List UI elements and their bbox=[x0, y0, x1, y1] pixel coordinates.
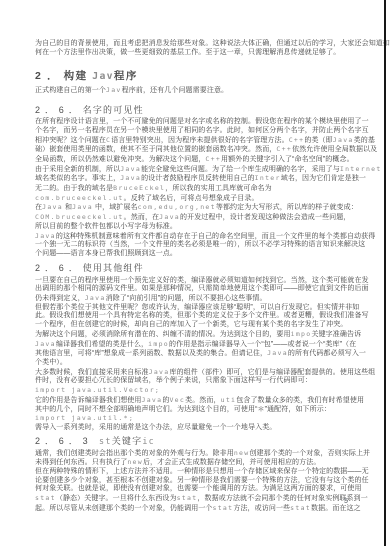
text-line: 其中的几个，同时不想全部明确地声明它们。为达到这个目的，可使用“＊”通配符，如下… bbox=[35, 406, 367, 415]
text-line: 域名类似的名字。事实上，Java的设计者鼓励程序员反转使用自己的Inter域名，… bbox=[35, 174, 367, 184]
code-run: C++ bbox=[205, 155, 221, 163]
text-line: 其他语言里，可将“库”想象成一系列函数、数据以及类的集合。但请记住，Java的所… bbox=[35, 349, 367, 359]
text-run: 编译器我们希望的类是什么， bbox=[56, 341, 148, 348]
text-run: 大多数时候，我们直接采用来自标准 bbox=[35, 369, 149, 376]
scan-edge-line bbox=[384, 0, 386, 546]
code-run: Java bbox=[142, 396, 163, 404]
text-run: 所以目前的整个软件包都以小写字母为标准。 bbox=[35, 223, 177, 230]
text-line: 2 ． 构建 Jav程序 bbox=[35, 70, 367, 83]
text-run: 何对象关联。也就是说，即使没有创建对象，也需要一个能调用的方法。为满足这两方面的… bbox=[35, 485, 362, 492]
text-line: 2 ． 6 ． 3 st关键字ic bbox=[35, 436, 367, 447]
text-run: 域名类似的名字。事实上， bbox=[35, 175, 120, 182]
text-run: 论要创建多少个对象，甚至根本不创建对象。另一种情形是我们需要一个特殊的方法，它没… bbox=[35, 477, 369, 484]
text-line: 一个程序，但在创建它的时候，却向自己的库加入了一个新类，它与现有某个类的名字发生… bbox=[35, 321, 367, 330]
text-line: 在所有程序设计语言里，一个不可避免的问题是对名字或名称的控制。假设您在程序的某个… bbox=[35, 118, 367, 127]
code-run: impo bbox=[291, 330, 312, 338]
text-run: 2 ． 构建 bbox=[35, 70, 92, 82]
text-line: 此。假设我们想使用一个具有特定名称的类，但那个类的定义位于多个文件里。或者更糟，… bbox=[35, 312, 367, 321]
code-run: import java.util.Vector; bbox=[35, 386, 160, 394]
document-page: 为自己的目的背景使用，而且考虑把消息发给那些对象。这种说法大体正确，但通过以后的… bbox=[0, 0, 390, 546]
text-run: 无二的。由于我的域名是 bbox=[35, 185, 113, 192]
text-line: 它的作用是告诉编译器我们想使用Java的Vec类。然而，uti包含了数量众多的类… bbox=[35, 396, 367, 406]
text-run: 仍未得到定义， bbox=[35, 295, 85, 302]
text-line: 仍未得到定义，Java消除了“向前引用”的问题，所以不要担心这些事情。 bbox=[35, 294, 367, 304]
text-run: ，所以我的实用工具库就可命名为 bbox=[165, 185, 272, 192]
code-run: Java bbox=[159, 213, 180, 221]
text-run: 2 ． 6 ． 名字的可见性 bbox=[35, 105, 144, 115]
text-run: 关键字准确告诉 bbox=[311, 331, 361, 338]
text-line: 为解决这个问题，必须消除所有潜在的、纠缠不清的情况。为达到这个目的，要用impo… bbox=[35, 330, 367, 340]
code-run: Jav bbox=[92, 71, 114, 82]
text-run: 础）嵌套使用类里的函数，使其不至于同其他位置的嵌套函数名冲突。然而， bbox=[35, 146, 276, 153]
text-run: 正式构建自己的第一个 bbox=[35, 87, 106, 94]
text-line: 大多数时候，我们直接采用来自标准Java库的组件（部件）即可，它们是与编译器配套… bbox=[35, 368, 367, 378]
code-run: new bbox=[234, 449, 250, 457]
text-line: 相冲突呢？这个问题在C语言里特别突出，因为程序未提供很好的名字管理方法。C++的… bbox=[35, 136, 367, 146]
text-run: 一个程序，但在创建它的时候，却向自己的库加入了一个新类，它与现有某个类的名字发生… bbox=[35, 321, 347, 328]
text-line: 为自己的目的背景使用，而且考虑把消息发给那些对象。这种说法大体正确，但通过以后的… bbox=[35, 40, 367, 49]
code-run: ic bbox=[142, 436, 155, 446]
text-run: 用额外的关键字引入了“命名空间”的概念。 bbox=[221, 156, 354, 163]
para-name-visibility: 在所有程序设计语言里，一个不可避免的问题是对名字或名称的控制。假设您在程序的某个… bbox=[35, 118, 367, 259]
text-run: 类的基 bbox=[354, 137, 375, 144]
text-run: 。反转了域名后，可将点号想象成子目录。 bbox=[124, 195, 259, 202]
code-run: com.bruceeckel.ut bbox=[35, 194, 124, 202]
text-run: 为解决这个问题，必须消除所有潜在的、纠缠不清的情况。为达到这个目的，要用 bbox=[35, 331, 291, 338]
text-line: 但在两种特殊的情形下，上述方法并不适用。一种情形是只想用一个存储区域来保存一个特… bbox=[35, 468, 367, 477]
para-static-keyword: 通常，我们创建类时会指出那个类的对象的外观与行为。除非用new创建那个类的一个对… bbox=[35, 449, 367, 514]
text-run: 一旦要在自己的程序里使用一个预先定义好的类，编译器就必须知道如何找到它。当然，这… bbox=[35, 277, 369, 284]
text-line: 件时，没有必要担心冗长的保留域名，举个例子来说，只需象下面这样写一行代码即可： bbox=[35, 377, 367, 386]
code-run: Java bbox=[42, 203, 63, 211]
code-run: stat bbox=[177, 494, 198, 502]
text-run: 其他语言里，可将“库”想象成一系列函数、数据以及类的集合。但请记住， bbox=[35, 350, 267, 357]
text-run: 。然而，在 bbox=[124, 214, 160, 221]
text-line: 个问题——语言本身已帮我们照顾到这一点。 bbox=[35, 250, 367, 259]
code-run: Java bbox=[35, 340, 56, 348]
text-run: 程序前，还有几个问题需要注意。 bbox=[122, 87, 229, 94]
text-line: 正式构建自己的第一个Jav程序前，还有几个问题需要注意。 bbox=[35, 86, 367, 96]
code-run: stat bbox=[213, 504, 234, 512]
text-line: 无二的。由于我的域名是BruceEckel，所以我的实用工具库就可命名为 bbox=[35, 184, 367, 194]
text-run: 但假若那个类位于其他文件里呢？您或许认为，编译器应该足够“聪明”，可以自行发现它… bbox=[35, 304, 359, 311]
code-run: import java.util.*; bbox=[35, 414, 134, 422]
text-run: 在所有程序设计语言里，一个不可避免的问题是对名字或名称的控制。假设您在程序的某个… bbox=[35, 118, 369, 125]
text-run: 个问题——语言本身已帮我们照顾到这一点。 bbox=[35, 250, 177, 257]
text-run: 语言里特别突出，因为程序未提供很好的名字管理方法。 bbox=[111, 137, 289, 144]
text-line: 础）嵌套使用类里的函数，使其不至于同其他位置的嵌套函数名冲突。然而，C++依然允… bbox=[35, 145, 367, 155]
code-run: Java bbox=[333, 136, 354, 144]
text-run: 包含了数量众多的类，我们有时希望使用 bbox=[236, 397, 364, 404]
heading-using-other-components: 2 ． 6 ． 使用其他组件 bbox=[35, 263, 367, 274]
text-run: 件时，没有必要担心冗长的保留域名，举个例子来说，只需象下面这样写一行代码即可： bbox=[35, 377, 312, 384]
code-run: Inter bbox=[255, 174, 281, 182]
para-message-passing-summary: 为自己的目的背景使用，而且考虑把消息发给那些对象。这种说法大体正确，但通过以后的… bbox=[35, 40, 367, 57]
text-run: 出调用的那个相同的源码文件里。如果是那种情况，只需简单地使用这个类即可——即使它… bbox=[35, 285, 369, 292]
text-run: 等都约定为大写形式，所以库的样子就变成： bbox=[216, 204, 358, 211]
text-run: 但在两种特殊的情形下，上述方法并不适用。一种情形是只想用一个存储区域来保存一个特… bbox=[35, 468, 369, 475]
text-line: import java.util.*; bbox=[35, 414, 367, 424]
text-run: 消除了“向前引用”的问题，所以不要担心这些事情。 bbox=[106, 295, 267, 302]
text-line: 个类中）。 bbox=[35, 359, 367, 368]
para-before-first-program: 正式构建自己的第一个Jav程序前，还有几个问题需要注意。 bbox=[35, 86, 367, 96]
text-line: 未得到任何东西。只有执行了new后，才会正式生成数据存储空间，并可使用相应的方法… bbox=[35, 458, 367, 468]
code-run: COM.bruceeckel.ut bbox=[35, 213, 124, 221]
text-run: 的所有代码都必须写入一 bbox=[288, 350, 366, 357]
text-line: 何对象关联。也就是说，即使没有创建对象，也需要一个能调用的方法。为满足这两方面的… bbox=[35, 485, 367, 494]
code-run: Java bbox=[267, 349, 288, 357]
heading-building-java-program: 2 ． 构建 Jav程序 bbox=[35, 70, 367, 83]
text-run: 和 bbox=[63, 204, 72, 211]
text-run: 未得到任何东西。只有执行了 bbox=[35, 459, 127, 466]
text-line: Java编译器我们希望的类是什么，impo的作用是指示编译器导入一个“包”——或… bbox=[35, 340, 367, 350]
text-run: 相冲突呢？这个问题在 bbox=[35, 137, 106, 144]
text-run: 由于采用全新的机制，所以 bbox=[35, 166, 120, 173]
text-line: 一个独一无二的标识符（当然，一个文件里的类名必须是唯一的），所以不必学习特殊的语… bbox=[35, 241, 367, 250]
code-run: com,edu,org,net bbox=[138, 203, 216, 211]
text-run: 的类（即 bbox=[304, 137, 332, 144]
text-run: 域名，因为它们肯定是独一 bbox=[281, 175, 366, 182]
text-run: 的这种特殊机制意味着所有文件都自动存在于自己的命名空间里，而且一个文件里的每个类… bbox=[56, 233, 376, 240]
code-run: st bbox=[99, 436, 112, 446]
text-run: 类。然而， bbox=[185, 397, 221, 404]
text-line: 在Java 和Java 中，域扩展名com,edu,org,net等都约定为大写… bbox=[35, 203, 367, 213]
text-line: 个名字，而另一名程序员在另一个模块里使用了相同的名字。此时，如何区分两个名字，并… bbox=[35, 127, 367, 136]
text-run: 库的组件（部件）即可，它们是与编译器配套提供的。使用这些组 bbox=[169, 369, 375, 376]
text-line: import java.util.Vector; bbox=[35, 386, 367, 396]
code-run: Java bbox=[120, 174, 141, 182]
code-run: Java bbox=[149, 368, 170, 376]
text-run: 2 ． 6 ． 使用其他组件 bbox=[35, 263, 144, 273]
text-line: com.bruceeckel.ut。反转了域名后，可将点号想象成子目录。 bbox=[35, 194, 367, 204]
code-run: Internet bbox=[340, 165, 382, 173]
text-line: 出调用的那个相同的源码文件里。如果是那种情况，只需简单地使用这个类即可——即使它… bbox=[35, 285, 367, 294]
text-line: 2 ． 6 ． 名字的可见性 bbox=[35, 105, 367, 116]
text-run: 个类中）。 bbox=[35, 359, 67, 366]
code-run: C++ bbox=[289, 136, 305, 144]
code-run: Java bbox=[72, 203, 93, 211]
text-line: 由于采用全新的机制，所以Java能完全避免这些问题。为了给一个库生成明确的名字，… bbox=[35, 165, 367, 175]
text-line: 通常，我们创建类时会指出那个类的对象的外观与行为。除非用new创建那个类的一个对… bbox=[35, 449, 367, 459]
text-run: 其中的几个，同时不想全部明确地声明它们。为达到这个目的，可使用“＊”通配符，如下… bbox=[35, 406, 331, 413]
text-line: 全局函数，所以仍然难以避免冲突。为解决这个问题，C++用额外的关键字引入了“命名… bbox=[35, 155, 367, 165]
text-run: 关键字 bbox=[112, 436, 143, 446]
text-run: 的设计者鼓励程序员反转使用自己的 bbox=[141, 175, 255, 182]
code-run: Vec bbox=[169, 396, 185, 404]
text-run: ，数据或方法就不会同那个类的任何对象实例联系到一 bbox=[197, 495, 367, 502]
text-run: 能完全避免这些问题。为了给一个库生成明确的名字，采用了与 bbox=[141, 166, 340, 173]
text-run: 数据。而在这之 bbox=[311, 505, 361, 512]
text-run: 为自己的目的背景使用，而且考虑把消息发给那些对象。这种说法大体正确，但通过以后的… bbox=[35, 40, 390, 47]
code-run: new bbox=[127, 458, 143, 466]
code-run: stat bbox=[35, 494, 56, 502]
text-run: 的开发过程中，设计者发现这种做法会造成一些问题， bbox=[180, 214, 350, 221]
code-run: Java bbox=[85, 294, 106, 302]
text-run: 依然允许使用全局数据以及 bbox=[292, 146, 377, 153]
text-run: 后，才会正式生成数据存储空间，并可使用相应的方法。 bbox=[143, 459, 321, 466]
code-run: stat bbox=[290, 504, 311, 512]
code-run: uti bbox=[221, 396, 237, 404]
text-run: 方法，或访问一些 bbox=[233, 505, 290, 512]
text-run: 2 ． 6 ． 3 bbox=[35, 436, 99, 446]
para-using-other-components: 一旦要在自己的程序里使用一个预先定义好的类，编译器就必须知道如何找到它。当然，这… bbox=[35, 277, 367, 433]
code-run: BruceEckel bbox=[113, 184, 165, 192]
heading-static-keyword: 2 ． 6 ． 3 st关键字ic bbox=[35, 436, 367, 447]
text-line: 起。所以尽管从未创建那个类的一个对象，仍能调用一个stat方法，或访问一些sta… bbox=[35, 504, 367, 514]
text-line: Java的这种特殊机制意味着所有文件都自动存在于自己的命名空间里，而且一个文件里… bbox=[35, 232, 367, 242]
code-run: impo bbox=[148, 340, 169, 348]
text-run: 它的作用是告诉编译器我们想使用 bbox=[35, 397, 142, 404]
text-line: stat（静态）关键字。一旦将什么东西设为stat，数据或方法就不会同那个类的任… bbox=[35, 494, 367, 504]
text-run: 中，域扩展名 bbox=[93, 204, 138, 211]
text-line: 2 ． 6 ． 使用其他组件 bbox=[35, 263, 367, 274]
text-run: 起。所以尽管从未创建那个类的一个对象，仍能调用一个 bbox=[35, 505, 213, 512]
text-run: 通常，我们创建类时会指出那个类的对象的外观与行为。除非用 bbox=[35, 450, 234, 457]
page-number: 5 bbox=[344, 498, 348, 505]
text-run: 个名字，而另一名程序员在另一个模块里使用了相同的名字。此时，如何区分两个名字，并… bbox=[35, 127, 369, 134]
text-run: 全局函数，所以仍然难以避免冲突。为解决这个问题， bbox=[35, 156, 205, 163]
text-run: 程序 bbox=[114, 70, 138, 82]
text-line: 所以目前的整个软件包都以小写字母为标准。 bbox=[35, 223, 367, 232]
text-run: 需导入一系列类时，采用的通常是这个办法，应尽量避免一个一个地导入类。 bbox=[35, 424, 276, 431]
code-run: C++ bbox=[276, 145, 292, 153]
heading-name-visibility: 2 ． 6 ． 名字的可见性 bbox=[35, 105, 367, 116]
text-run: 此。假设我们想使用一个具有特定名称的类，但那个类的定义位于多个文件里。或者更糟，… bbox=[35, 312, 369, 319]
code-run: Jav bbox=[106, 86, 122, 94]
code-run: Java bbox=[35, 232, 56, 240]
text-run: 何在一个方法里作出决策，做一些更细致的基层工作。至于这一章，只需理解消息传递就足… bbox=[35, 49, 340, 56]
text-run: 创建那个类的一个对象，否则实际上并 bbox=[249, 450, 370, 457]
code-run: Java bbox=[120, 165, 141, 173]
text-line: 何在一个方法里作出决策，做一些更细致的基层工作。至于这一章，只需理解消息传递就足… bbox=[35, 49, 367, 58]
text-line: COM.bruceeckel.ut。然而，在Java的开发过程中，设计者发现这种… bbox=[35, 213, 367, 223]
text-column: 为自己的目的背景使用，而且考虑把消息发给那些对象。这种说法大体正确，但通过以后的… bbox=[35, 40, 367, 514]
text-line: 需导入一系列类时，采用的通常是这个办法，应尽量避免一个一个地导入类。 bbox=[35, 424, 367, 433]
text-run: （静态）关键字。一旦将什么东西设为 bbox=[56, 495, 177, 502]
text-run: 的作用是指示编译器导入一个“包”——或者说一个“类库”（在 bbox=[169, 341, 356, 348]
text-run: 一个独一无二的标识符（当然，一个文件里的类名必须是唯一的），所以不必学习特殊的语… bbox=[35, 241, 365, 248]
